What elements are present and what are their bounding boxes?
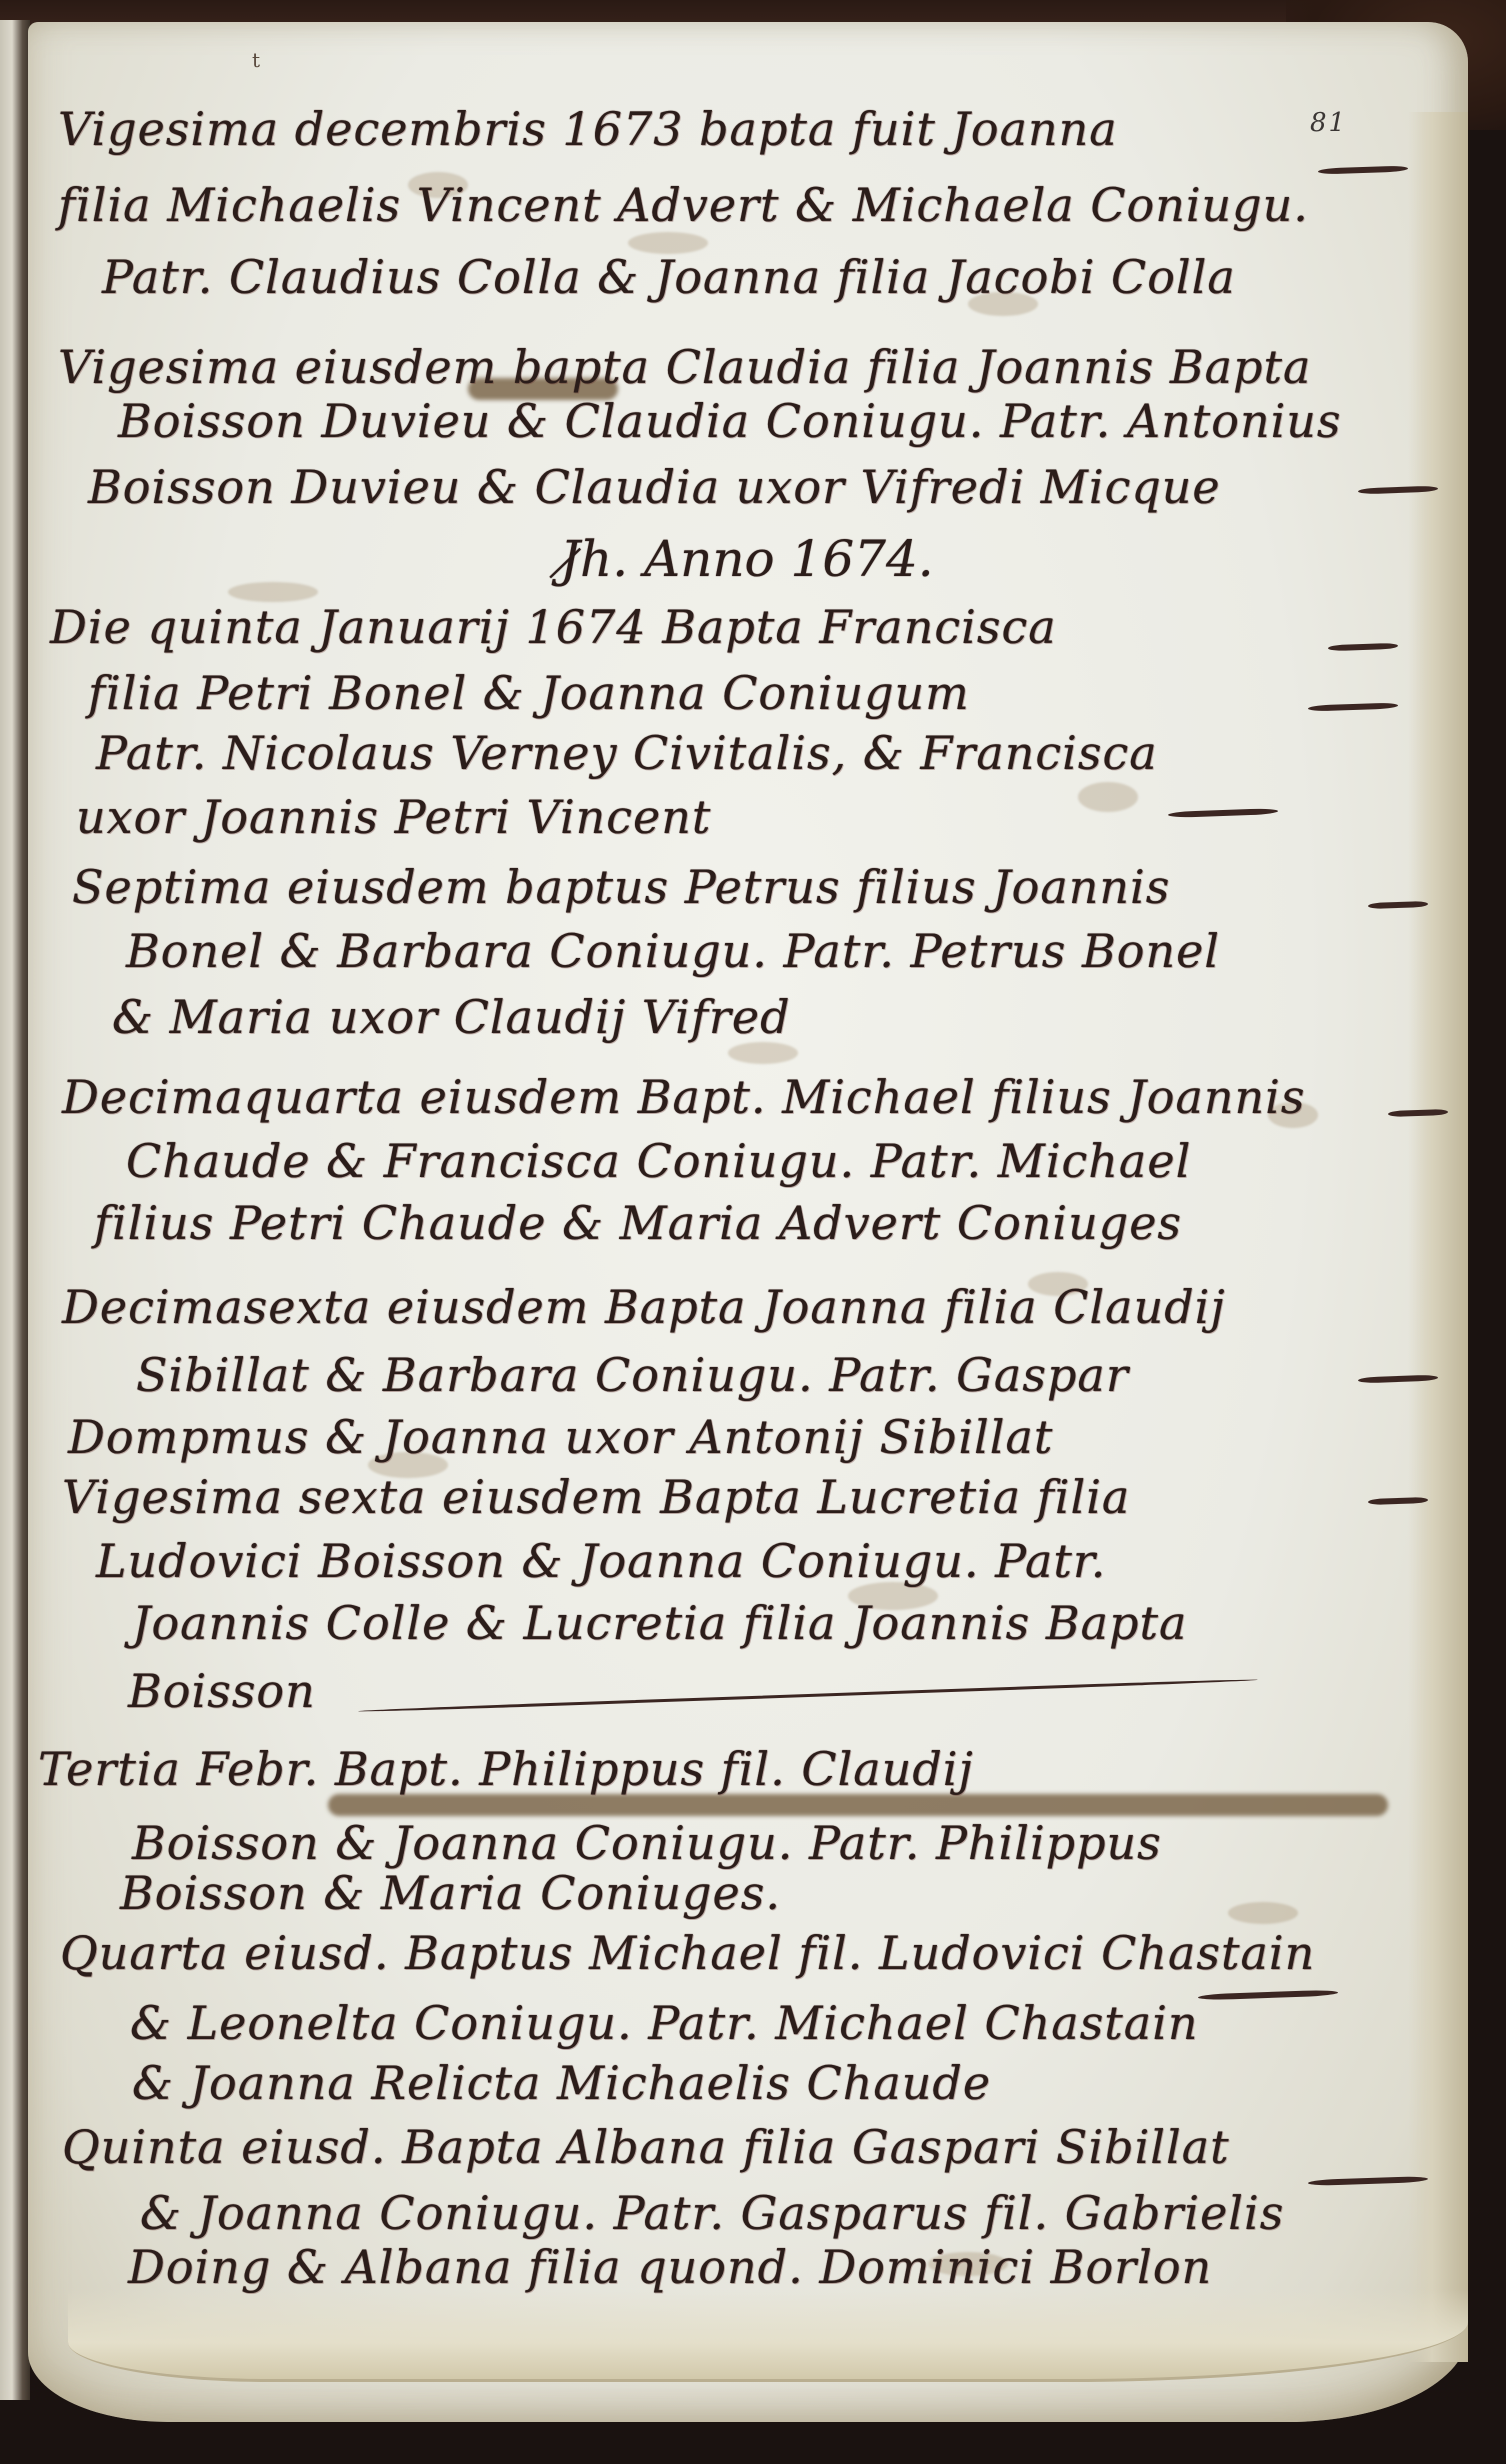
register-line: Die quinta Januarij 1674 Bapta Francisca <box>50 600 1057 654</box>
top-mark: t <box>252 48 260 72</box>
register-line: Vigesima decembris 1673 bapta fuit Joann… <box>58 102 1118 156</box>
register-line: Patr. Claudius Colla & Joanna filia Jaco… <box>102 250 1236 304</box>
flourish-dash <box>1198 1990 1338 2001</box>
manuscript-scan: t 81 J̷h. Anno 1674. Vigesima decembris … <box>0 0 1506 2464</box>
register-line: Septima eiusdem baptus Petrus filius Joa… <box>72 860 1170 914</box>
register-line: & Maria uxor Claudij Vifred <box>112 990 791 1044</box>
register-line: Patr. Nicolaus Verney Civitalis, & Franc… <box>96 726 1158 780</box>
register-line: Bonel & Barbara Coniugu. Patr. Petrus Bo… <box>126 924 1220 978</box>
flourish-dash <box>1168 808 1278 818</box>
ink-bleed <box>728 1042 798 1064</box>
flourish-dash <box>1318 165 1408 174</box>
register-line: Joannis Colle & Lucretia filia Joannis B… <box>132 1596 1187 1650</box>
register-line: Boisson Duvieu & Claudia Coniugu. Patr. … <box>118 394 1342 448</box>
folio-number: 81 <box>1310 108 1347 138</box>
ink-bleed <box>1078 782 1138 812</box>
register-line: Dompmus & Joanna uxor Antonij Sibillat <box>68 1410 1053 1464</box>
ink-bleed <box>1228 1902 1298 1924</box>
register-line: & Leonelta Coniugu. Patr. Michael Chasta… <box>130 1996 1199 2050</box>
register-line: Boisson & Joanna Coniugu. Patr. Philippu… <box>132 1816 1162 1870</box>
register-line: Boisson <box>128 1664 316 1718</box>
flourish-dash <box>358 1678 1258 1712</box>
register-line: Chaude & Francisca Coniugu. Patr. Michae… <box>126 1134 1191 1188</box>
register-line: uxor Joannis Petri Vincent <box>76 790 711 844</box>
register-line: Sibillat & Barbara Coniugu. Patr. Gaspar <box>136 1348 1129 1402</box>
strikethrough-smudge <box>328 1794 1388 1816</box>
year-heading: J̷h. Anno 1674. <box>560 530 934 588</box>
ink-bleed <box>228 582 318 602</box>
register-line: & Joanna Coniugu. Patr. Gasparus fil. Ga… <box>140 2186 1284 2240</box>
page-bottom-edge <box>68 2289 1468 2382</box>
register-line: filia Michaelis Vincent Advert & Michael… <box>58 178 1309 232</box>
register-line: Tertia Febr. Bapt. Philippus fil. Claudi… <box>38 1742 974 1796</box>
register-line: filia Petri Bonel & Joanna Coniugum <box>88 666 970 720</box>
register-line: Vigesima sexta eiusdem Bapta Lucretia fi… <box>62 1470 1130 1524</box>
register-line: Boisson & Maria Coniuges. <box>120 1866 781 1920</box>
register-line: Decimasexta eiusdem Bapta Joanna filia C… <box>62 1280 1226 1334</box>
register-line: Quinta eiusd. Bapta Albana filia Gaspari… <box>62 2120 1230 2174</box>
page-gutter <box>0 20 30 2400</box>
register-line: Doing & Albana filia quond. Dominici Bor… <box>128 2240 1212 2294</box>
register-line: & Joanna Relicta Michaelis Chaude <box>132 2056 991 2110</box>
register-line: Decimaquarta eiusdem Bapt. Michael filiu… <box>62 1070 1305 1124</box>
flourish-dash <box>1308 702 1398 711</box>
register-line: filius Petri Chaude & Maria Advert Coniu… <box>94 1196 1182 1250</box>
register-line: Ludovici Boisson & Joanna Coniugu. Patr. <box>96 1534 1106 1588</box>
page-edge <box>1408 112 1468 2362</box>
register-line: Vigesima eiusdem bapta Claudia filia Joa… <box>58 340 1311 394</box>
register-line: Quarta eiusd. Baptus Michael fil. Ludovi… <box>60 1926 1315 1980</box>
flourish-dash <box>1328 643 1398 651</box>
register-line: Boisson Duvieu & Claudia uxor Vifredi Mi… <box>88 460 1221 514</box>
